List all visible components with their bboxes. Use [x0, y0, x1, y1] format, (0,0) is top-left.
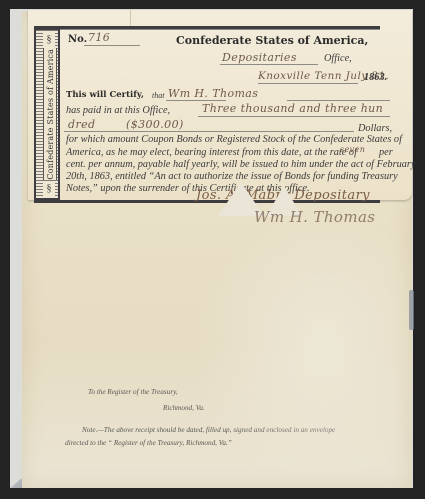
payee-underline-2 [287, 100, 390, 101]
payee-underline [166, 100, 226, 101]
certify-prefix: This will Certify, [66, 90, 144, 100]
paid-in-label: has paid in at this Office, [66, 105, 170, 116]
certificate-number: 716 [88, 31, 110, 44]
amount-figures: ($300.00) [126, 118, 184, 131]
border-text-panel: Confederate States of America [43, 48, 57, 180]
per-label: per [379, 147, 393, 158]
body-line-1: for which amount Coupon Bonds or Registe… [66, 134, 402, 145]
office-label: Office, [324, 53, 352, 64]
body-line-2: America, as he may elect, bearing intere… [66, 147, 357, 158]
certify-that: that [152, 91, 164, 100]
note-line-1: Note.—The above receipt should be dated,… [82, 426, 335, 434]
amount-words-line-2: dred [68, 118, 95, 131]
office-handwritten: Depositaries [222, 51, 297, 64]
amount-underline-2 [64, 131, 354, 132]
note-line-2: directed to the “ Register of the Treasu… [65, 439, 232, 447]
body-line-3: cent. per annum, payable half yearly, wi… [66, 159, 415, 170]
year: 1863. [364, 72, 387, 83]
certificate-title: Confederate States of America, [176, 34, 368, 47]
ornament-icon: § [43, 33, 55, 47]
amount-underline-1 [198, 116, 390, 117]
interest-rate-handwritten: seven [340, 145, 365, 154]
number-label: No. [68, 34, 87, 45]
date-underline [258, 83, 358, 84]
payee-handwritten: Wm H. Thomas [168, 87, 258, 100]
address-line-1: To the Register of the Treasury, [88, 388, 178, 396]
address-line-2: Richmond, Va. [163, 404, 205, 412]
body-line-4: 20th, 1863, entitled “An act to authoriz… [66, 171, 398, 182]
mount-hinge-mark [409, 290, 414, 330]
endorsement-signature: Wm H. Thomas [254, 208, 375, 226]
ornament-icon: § [43, 182, 55, 196]
dollars-label: Dollars, [358, 123, 392, 134]
number-underline [84, 45, 140, 46]
border-text: Confederate States of America [46, 49, 55, 180]
top-rule [34, 26, 380, 30]
office-underline [220, 64, 318, 65]
ornamental-border: § Confederate States of America § [34, 28, 60, 200]
amount-words-line-1: Three thousand and three hun [202, 102, 383, 115]
